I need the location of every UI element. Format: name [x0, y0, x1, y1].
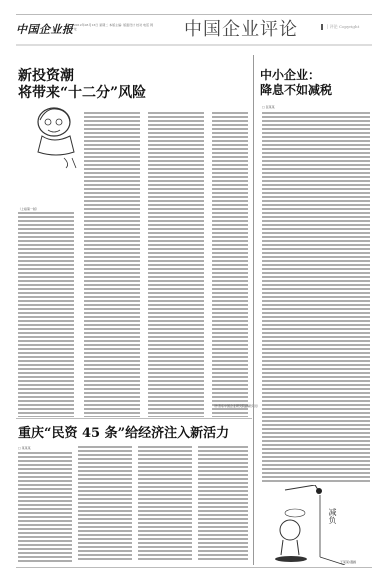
side-article-byline: □ 张某某	[262, 105, 275, 109]
bottom-article-byline: □ 某某某	[18, 446, 31, 450]
issue-meta: 2012年03月13日 星期二 本版主编: 版面设计 校对 电话 网址	[74, 23, 154, 31]
caricature-illustration	[26, 100, 86, 170]
main-article-col-3	[148, 112, 204, 417]
main-article-byline: （上接第一版）	[18, 207, 39, 211]
masthead: 中国企业报 2012年03月13日 星期二 本版主编: 版面设计 校对 电话 网…	[16, 17, 376, 39]
headline-line: 降息不如减税	[260, 83, 332, 98]
bottom-article-col-2	[78, 446, 132, 562]
bottom-rule	[16, 567, 372, 568]
bottom-article-col-3	[138, 446, 192, 562]
bottom-article-headline: 重庆“民资 45 条”给经济注入新活力	[18, 422, 229, 441]
masthead-divider	[16, 44, 372, 46]
bottom-article-col-4	[198, 446, 248, 562]
side-article-body	[262, 112, 370, 482]
bottom-article-col-1	[18, 452, 72, 562]
section-title: 中国企业评论	[184, 15, 298, 41]
cartoon-credit: 王某某/漫画	[340, 560, 356, 564]
newspaper-logo: 中国企业报	[16, 21, 74, 37]
section-tag: │ 评论 Copyright	[321, 24, 359, 30]
column-divider	[253, 55, 254, 565]
main-article-col-2	[84, 112, 140, 417]
cartoon-illustration	[275, 485, 365, 565]
section-divider	[16, 418, 252, 419]
main-article-col-1	[18, 212, 74, 417]
headline-line: 中小企业：	[260, 68, 332, 83]
main-article-col-4	[212, 112, 248, 417]
main-article-headline: 新投资潮 将带来“十二分”风险	[18, 68, 146, 102]
headline-line: 新投资潮	[18, 68, 146, 85]
side-article-headline: 中小企业： 降息不如减税	[260, 68, 332, 98]
cartoon-title: 减负	[327, 508, 337, 524]
